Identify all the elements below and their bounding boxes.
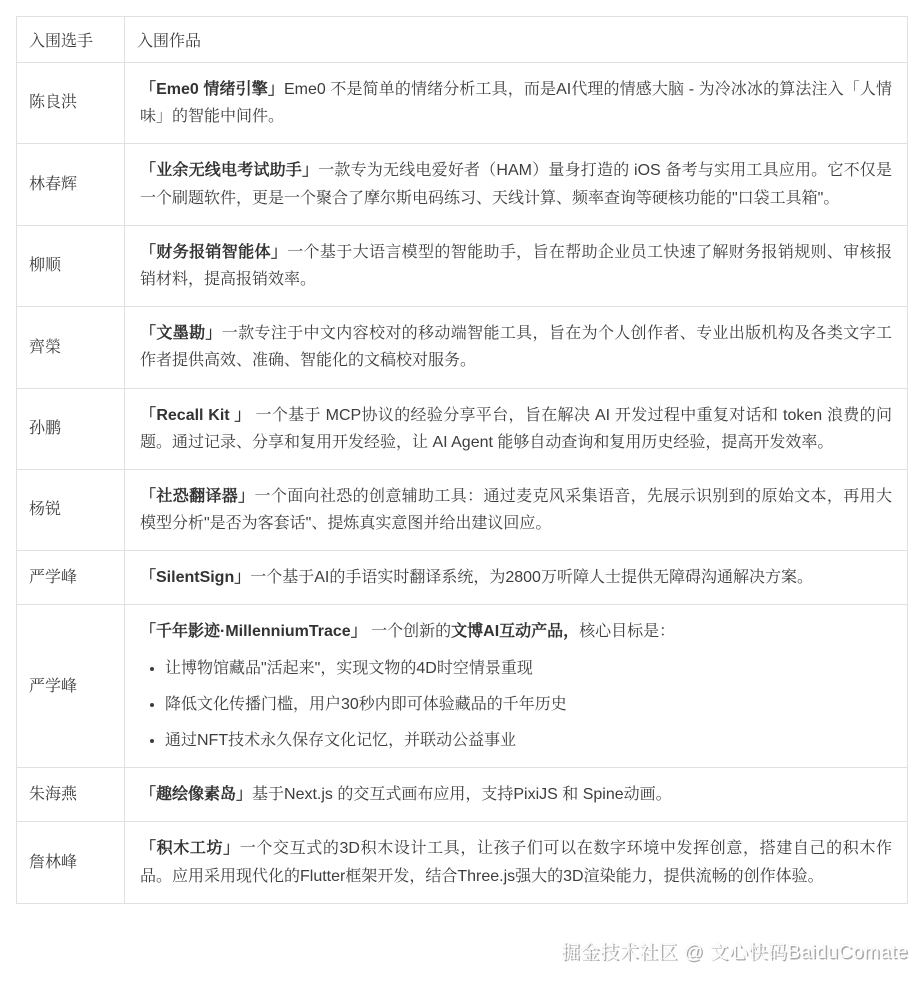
work-description-text: 「SilentSign」一个基于AI的手语实时翻译系统，为2800万听障人士提供… [140,564,892,591]
contestant-name: 严学峰 [17,605,125,768]
work-summary: 一个基于 MCP协议的经验分享平台，旨在解决 AI 开发过程中重复对话和 tok… [140,407,892,451]
work-description-text: 「文墨勘」一款专注于中文内容校对的移动端智能工具，旨在为个人创作者、专业出版机构… [140,320,892,374]
feature-bullet-item: 通过NFT技术永久保存文化记忆，并联动公益事业 [165,727,892,754]
feature-bullet-item: 让博物馆藏品"活起来"，实现文物的4D时空情景重现 [165,655,892,682]
header-work: 入围作品 [125,17,908,63]
contestant-name: 孙鹏 [17,388,125,469]
watermark: 掘金技术社区 @ 文心快码BaiduComate [561,937,908,964]
work-description-text: 「Eme0 情绪引擎」Eme0 不是简单的情绪分析工具，而是AI代理的情感大脑 … [140,76,892,130]
work-title: 「Eme0 情绪引擎」 [140,81,284,98]
work-description-text: 「趣绘像素岛」基于Next.js 的交互式画布应用，支持PixiJS 和 Spi… [140,781,892,808]
table-header: 入围选手 入围作品 [17,17,908,63]
feature-bullet-list: 让博物馆藏品"活起来"，实现文物的4D时空情景重现降低文化传播门槛，用户30秒内… [140,655,892,755]
table-body: 陈良洪 「Eme0 情绪引擎」Eme0 不是简单的情绪分析工具，而是AI代理的情… [17,63,908,904]
table-row: 孙鹏 「Recall Kit 」 一个基于 MCP协议的经验分享平台，旨在解决 … [17,388,908,469]
work-description-text: 「财务报销智能体」一个基于大语言模型的智能助手，旨在帮助企业员工快速了解财务报销… [140,239,892,293]
work-title: 「Recall Kit 」 [140,407,251,424]
work-summary: 一个交互式的3D积木设计工具，让孩子们可以在数字环境中发挥创意，搭建自己的积木作… [140,840,892,884]
header-row: 入围选手 入围作品 [17,17,908,63]
work-description: 「财务报销智能体」一个基于大语言模型的智能助手，旨在帮助企业员工快速了解财务报销… [125,225,908,306]
work-description-text: 「Recall Kit 」 一个基于 MCP协议的经验分享平台，旨在解决 AI … [140,402,892,456]
work-title: 「趣绘像素岛」 [140,786,252,803]
table-row: 柳顺 「财务报销智能体」一个基于大语言模型的智能助手，旨在帮助企业员工快速了解财… [17,225,908,306]
work-title: 「财务报销智能体」 [140,244,287,261]
work-description: 「Eme0 情绪引擎」Eme0 不是简单的情绪分析工具，而是AI代理的情感大脑 … [125,63,908,144]
work-summary: 一个创新的 [367,623,451,640]
header-contestant: 入围选手 [17,17,125,63]
work-title: 「千年影迹·MillenniumTrace」 [140,623,367,640]
work-summary: 核心目标是： [579,623,675,640]
work-description-text: 「积木工坊」一个交互式的3D积木设计工具，让孩子们可以在数字环境中发挥创意，搭建… [140,835,892,889]
work-description-text: 「业余无线电考试助手」一款专为无线电爱好者（HAM）量身打造的 iOS 备考与实… [140,157,892,211]
finalists-table-container: 入围选手 入围作品 陈良洪 「Eme0 情绪引擎」Eme0 不是简单的情绪分析工… [16,16,908,904]
work-description: 「文墨勘」一款专注于中文内容校对的移动端智能工具，旨在为个人创作者、专业出版机构… [125,307,908,388]
work-description: 「业余无线电考试助手」一款专为无线电爱好者（HAM）量身打造的 iOS 备考与实… [125,144,908,225]
table-row: 杨锐 「社恐翻译器」一个面向社恐的创意辅助工具：通过麦克风采集语音，先展示识别到… [17,469,908,550]
work-description: 「Recall Kit 」 一个基于 MCP协议的经验分享平台，旨在解决 AI … [125,388,908,469]
contestant-name: 严学峰 [17,551,125,605]
feature-bullet-item: 降低文化传播门槛，用户30秒内即可体验藏品的千年历史 [165,691,892,718]
contestant-name: 陈良洪 [17,63,125,144]
table-row: 严学峰 「SilentSign」一个基于AI的手语实时翻译系统，为2800万听障… [17,551,908,605]
work-description-text: 「千年影迹·MillenniumTrace」 一个创新的文博AI互动产品，核心目… [140,618,892,645]
contestant-name: 林春辉 [17,144,125,225]
table-row: 陈良洪 「Eme0 情绪引擎」Eme0 不是简单的情绪分析工具，而是AI代理的情… [17,63,908,144]
table-row: 朱海燕 「趣绘像素岛」基于Next.js 的交互式画布应用，支持PixiJS 和… [17,768,908,822]
finalists-table: 入围选手 入围作品 陈良洪 「Eme0 情绪引擎」Eme0 不是简单的情绪分析工… [16,16,908,904]
contestant-name: 齊榮 [17,307,125,388]
work-title: 「社恐翻译器」 [140,488,254,505]
work-title: 文博AI互动产品， [451,623,579,640]
work-title: 「积木工坊」 [140,840,240,857]
work-description: 「积木工坊」一个交互式的3D积木设计工具，让孩子们可以在数字环境中发挥创意，搭建… [125,822,908,903]
contestant-name: 杨锐 [17,469,125,550]
work-description: 「SilentSign」一个基于AI的手语实时翻译系统，为2800万听障人士提供… [125,551,908,605]
work-description: 「千年影迹·MillenniumTrace」 一个创新的文博AI互动产品，核心目… [125,605,908,768]
table-row: 齊榮 「文墨勘」一款专注于中文内容校对的移动端智能工具，旨在为个人创作者、专业出… [17,307,908,388]
table-row: 林春辉 「业余无线电考试助手」一款专为无线电爱好者（HAM）量身打造的 iOS … [17,144,908,225]
work-description: 「社恐翻译器」一个面向社恐的创意辅助工具：通过麦克风采集语音，先展示识别到的原始… [125,469,908,550]
contestant-name: 柳顺 [17,225,125,306]
work-summary: 一款专注于中文内容校对的移动端智能工具，旨在为个人创作者、专业出版机构及各类文字… [140,325,892,369]
work-title: 「SilentSign」 [140,569,250,586]
work-description: 「趣绘像素岛」基于Next.js 的交互式画布应用，支持PixiJS 和 Spi… [125,768,908,822]
contestant-name: 詹林峰 [17,822,125,903]
work-title: 「业余无线电考试助手」 [140,162,318,179]
work-title: 「文墨勘」 [140,325,222,342]
work-summary: 基于Next.js 的交互式画布应用，支持PixiJS 和 Spine动画。 [252,786,672,803]
contestant-name: 朱海燕 [17,768,125,822]
work-summary: 一个基于AI的手语实时翻译系统，为2800万听障人士提供无障碍沟通解决方案。 [250,569,813,586]
work-description-text: 「社恐翻译器」一个面向社恐的创意辅助工具：通过麦克风采集语音，先展示识别到的原始… [140,483,892,537]
table-row: 严学峰 「千年影迹·MillenniumTrace」 一个创新的文博AI互动产品… [17,605,908,768]
table-row: 詹林峰 「积木工坊」一个交互式的3D积木设计工具，让孩子们可以在数字环境中发挥创… [17,822,908,903]
